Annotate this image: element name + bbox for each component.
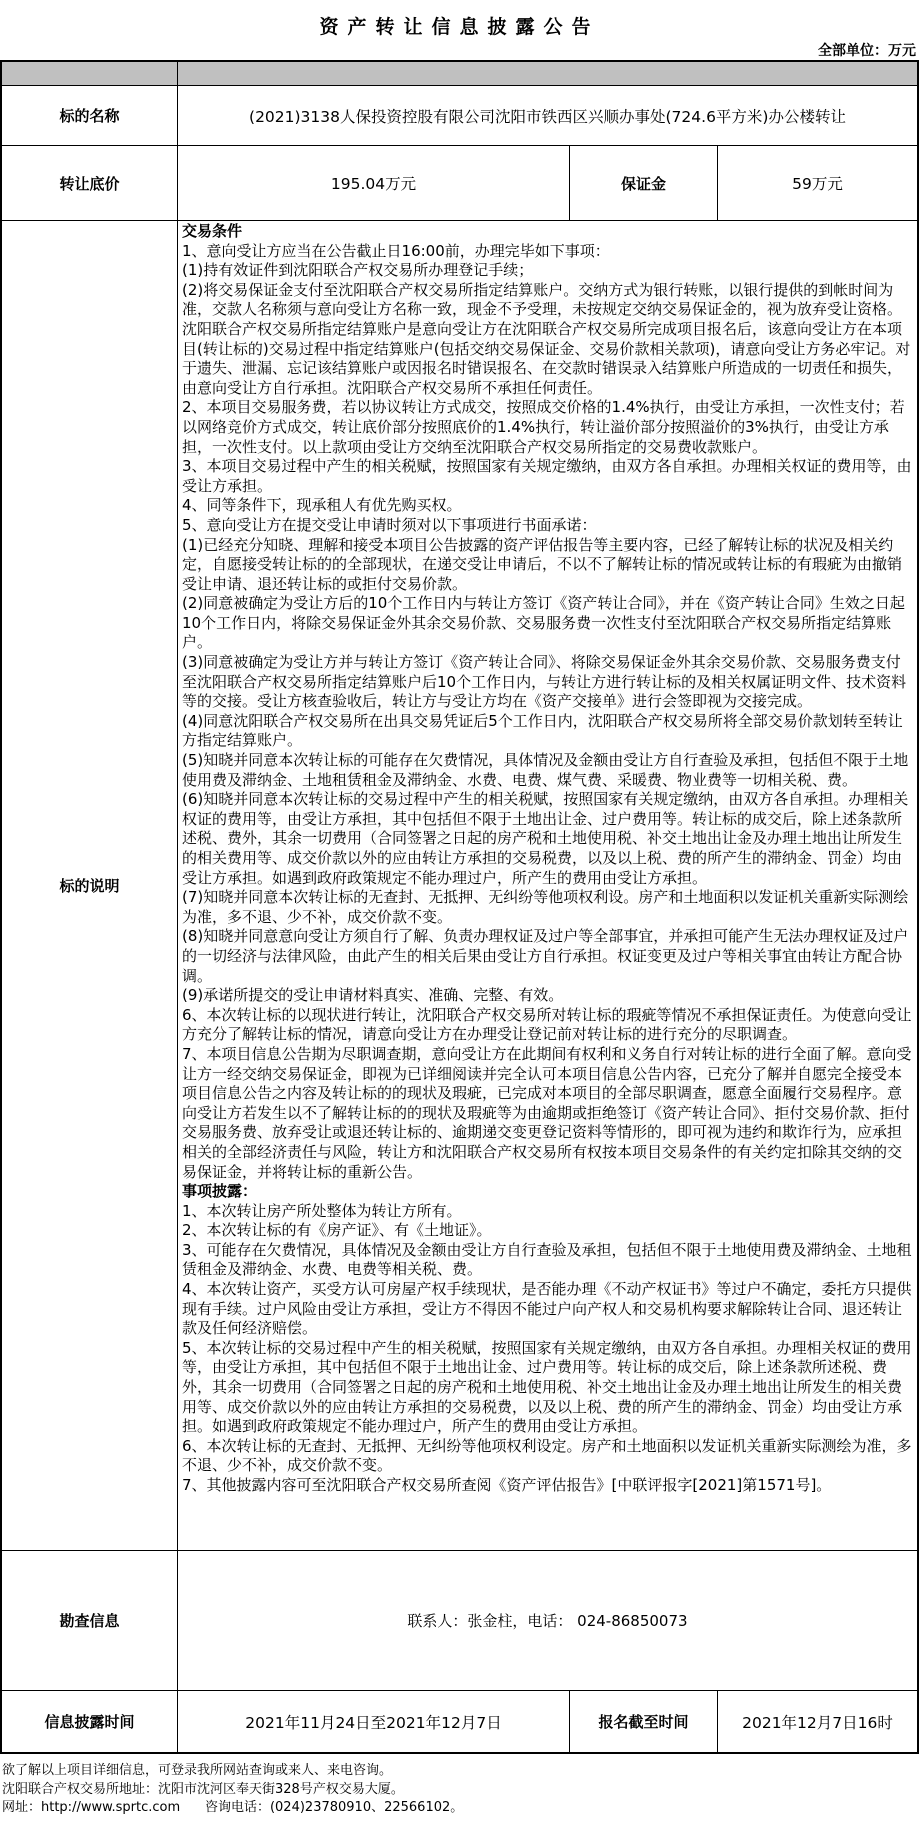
description-paragraph: (2)同意被确定为受让方后的10个工作日内与转让方签订《资产转让合同》，并在《资… (182, 594, 913, 653)
description-paragraph: (1)已经充分知晓、理解和接受本项目公告披露的资产评估报告等主要内容，已经了解转… (182, 536, 913, 595)
description-paragraph: 6、本次转让标的无查封、无抵押、无纠纷等他项权利设定。房产和土地面积以发证机关重… (182, 1437, 913, 1476)
description-body: 交易条件1、意向受让方应当在公告截止日16:00前，办理完毕如下事项：(1)持有… (177, 221, 917, 1550)
announcement-table: 标的名称 (2021)3138人保投资控股有限公司沈阳市铁西区兴顺办事处(724… (0, 60, 919, 1754)
description-paragraph: (7)知晓并同意本次转让标的无查封、无抵押、无纠纷等他项权利设。房产和土地面积以… (182, 888, 913, 927)
disclosure-period-value: 2021年11月24日至2021年12月7日 (177, 1691, 569, 1752)
description-paragraph: (9)承诺所提交的受让申请材料真实、准确、完整、有效。 (182, 986, 913, 1006)
disclosure-period-label: 信息披露时间 (2, 1691, 177, 1752)
price-row: 转让底价 195.04万元 保证金 59万元 (2, 145, 917, 220)
description-paragraph: (6)知晓并同意本次转让标的交易过程中产生的相关税赋，按照国家有关规定缴纳，由双… (182, 790, 913, 888)
description-paragraph: 3、可能存在欠费情况，具体情况及金额由受让方自行查验及承担，包括但不限于土地使用… (182, 1241, 913, 1280)
survey-contact-value: 联系人：张金柱，电话： 024-86850073 (177, 1551, 917, 1690)
description-paragraph: 1、本次转让房产所处整体为转让方所有。 (182, 1202, 913, 1222)
deposit-value: 59万元 (717, 146, 917, 220)
subject-name-label: 标的名称 (2, 86, 177, 145)
page-title: 资产转让信息披露公告 (0, 0, 919, 42)
floor-price-value: 195.04万元 (177, 146, 569, 220)
footer-line: 沈阳联合产权交易所地址：沈阳市沈河区奉天街328号产权交易大厦。 (2, 1781, 919, 1800)
description-paragraph: 4、本次转让资产，买受方认可房屋产权手续现状，是否能办理《不动产权证书》等过户不… (182, 1280, 913, 1339)
dates-row: 信息披露时间 2021年11月24日至2021年12月7日 报名截至时间 202… (2, 1690, 917, 1752)
description-paragraph: 5、意向受让方在提交受让申请时须对以下事项进行书面承诺： (182, 516, 913, 536)
description-paragraph: (1)持有效证件到沈阳联合产权交易所办理登记手续； (182, 261, 913, 281)
deposit-label: 保证金 (569, 146, 717, 220)
footer-line: 网址：http://www.sprtc.com 咨询电话：(024)237809… (2, 1799, 919, 1818)
description-paragraph: (2)将交易保证金支付至沈阳联合产权交易所指定结算账户。交纳方式为银行转账，以银… (182, 281, 913, 399)
description-paragraph: (8)知晓并同意意向受让方须自行了解、负责办理权证及过户等全部事宜，并承担可能产… (182, 927, 913, 986)
description-paragraph: 7、其他披露内容可至沈阳联合产权交易所查阅《资产评估报告》[中联评报字[2021… (182, 1476, 913, 1496)
registration-deadline-value: 2021年12月7日16时 (717, 1691, 917, 1752)
table-header-band (2, 62, 917, 85)
description-paragraph: 1、意向受让方应当在公告截止日16:00前，办理完毕如下事项： (182, 242, 913, 262)
footer-notes: 欲了解以上项目详细信息，可登录我所网站查询或来人、来电咨询。沈阳联合产权交易所地… (0, 1754, 919, 1818)
description-paragraph: 2、本项目交易服务费，若以协议转让方式成交，按照成交价格的1.4%执行，由受让方… (182, 398, 913, 457)
description-paragraph: 7、本项目信息公告期为尽职调查期，意向受让方在此期间有权利和义务自行对转让标的进… (182, 1045, 913, 1182)
description-paragraph: 3、本项目交易过程中产生的相关税赋，按照国家有关规定缴纳，由双方各自承担。办理相… (182, 457, 913, 496)
survey-label: 勘查信息 (2, 1551, 177, 1690)
description-paragraph: 2、本次转让标的有《房产证》、有《土地证》。 (182, 1221, 913, 1241)
description-heading: 事项披露： (182, 1182, 913, 1202)
registration-deadline-label: 报名截至时间 (569, 1691, 717, 1752)
description-paragraph: 5、本次转让标的交易过程中产生的相关税赋，按照国家有关规定缴纳，由双方各自承担。… (182, 1339, 913, 1437)
description-heading: 交易条件 (182, 222, 913, 242)
description-paragraph: (5)知晓并同意本次转让标的可能存在欠费情况，具体情况及金额由受让方自行查验及承… (182, 751, 913, 790)
description-paragraph: 6、本次转让标的以现状进行转让，沈阳联合产权交易所对转让标的瑕疵等情况不承担保证… (182, 1006, 913, 1045)
survey-row: 勘查信息 联系人：张金柱，电话： 024-86850073 (2, 1550, 917, 1690)
description-paragraph: 4、同等条件下，现承租人有优先购买权。 (182, 496, 913, 516)
floor-price-label: 转让底价 (2, 146, 177, 220)
description-row: 标的说明 交易条件1、意向受让方应当在公告截止日16:00前，办理完毕如下事项：… (2, 220, 917, 1550)
description-label: 标的说明 (2, 221, 177, 1550)
description-paragraph: (3)同意被确定为受让方并与转让方签订《资产转让合同》、将除交易保证金外其余交易… (182, 653, 913, 712)
header-band-left-cell (2, 62, 177, 85)
unit-note: 全部单位：万元 (0, 42, 919, 60)
announcement-document: 资产转让信息披露公告 全部单位：万元 标的名称 (2021)3138人保投资控股… (0, 0, 919, 1818)
subject-name-row: 标的名称 (2021)3138人保投资控股有限公司沈阳市铁西区兴顺办事处(724… (2, 85, 917, 145)
footer-line: 欲了解以上项目详细信息，可登录我所网站查询或来人、来电咨询。 (2, 1762, 919, 1781)
description-paragraph: (4)同意沈阳联合产权交易所在出具交易凭证后5个工作日内，沈阳联合产权交易所将全… (182, 712, 913, 751)
header-band-right-cell (177, 62, 917, 85)
subject-name-value: (2021)3138人保投资控股有限公司沈阳市铁西区兴顺办事处(724.6平方米… (177, 86, 917, 145)
